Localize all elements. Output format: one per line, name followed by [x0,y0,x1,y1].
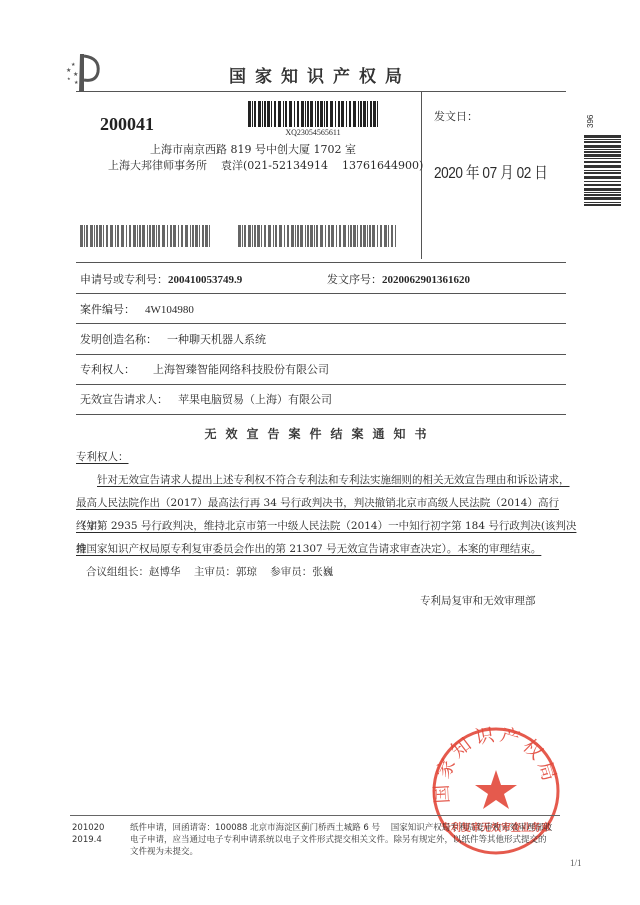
invention-name: 一种聊天机器人系统 [167,333,266,346]
header-divider [76,91,566,92]
patentee-row: 专利权人：上海智臻智能网络科技股份有限公司 [80,361,329,377]
mailing-address: 上海市南京西路 819 号中创大厦 1702 室 [150,141,356,157]
serial-number-row: 发文序号：2020062901361620 [327,271,470,287]
application-number-row: 申请号或专利号：200410053749.9 [80,271,242,287]
row-divider [76,414,566,415]
panel-members: 合议组组长：赵博华 主审员：郭琼 参审员：张巍 [86,561,592,584]
row-divider [76,293,566,294]
side-barcode [584,135,621,207]
row-divider [76,354,566,355]
dispatch-date-label: 发文日： [434,108,478,124]
agency-name: 国家知识产权局 [0,62,640,87]
tracking-barcode-right [238,225,396,247]
case-number-row: 案件编号：4W104980 [80,301,194,317]
form-version: 2019.4 [72,834,102,846]
requester: 苹果电脑贸易（上海）有限公司 [178,393,332,406]
footer-divider [70,815,560,816]
footer-note-line3: 文件视为未提交。 [130,846,198,858]
footer-note-line1: 纸件申请，回函请寄：100088 北京市海淀区蓟门桥西土城路 6 号 国家知识产… [130,822,580,834]
patentee-label: 专利权人： [80,363,135,376]
serial-number-label: 发文序号： [327,273,382,286]
salutation: 专利权人： [76,446,582,469]
form-code: 201020 [72,822,104,834]
body-line: 持国家知识产权局原专利复审委员会作出的第 21307 号无效宣告请求审查决定）。… [76,538,582,561]
invention-name-label: 发明创造名称： [80,333,157,346]
notice-title: 无效宣告案件结案通知书 [0,425,640,442]
patentee: 上海智臻智能网络科技股份有限公司 [153,363,329,376]
dispatch-date: 2020 年 07 月 02 日 [434,160,547,183]
case-number: 4W104980 [145,304,194,316]
application-number: 200410053749.9 [168,274,242,286]
body-line: 针对无效宣告请求人提出上述专利权不符合专利法和专利法实施细则的相关无效宣告理由和… [97,474,570,486]
tracking-barcode-left [80,225,210,247]
notice-body: 针对无效宣告请求人提出上述专利权不符合专利法和专利法实施细则的相关无效宣告理由和… [76,469,582,492]
postcode: 200041 [100,114,154,135]
row-divider [76,262,566,263]
row-divider [76,323,566,324]
application-number-label: 申请号或专利号： [80,273,168,286]
side-number: 396 [586,115,595,128]
address-barcode [248,101,378,127]
footer-note-line2: 电子申请，应当通过电子专利申请系统以电子文件形式提交相关文件。除另有规定外，以纸… [130,834,580,846]
issuing-department: 专利局复审和无效审理部 [420,590,580,613]
barcode-number: XQ23054565611 [248,128,378,137]
invention-name-row: 发明创造名称：一种聊天机器人系统 [80,331,266,347]
requester-label: 无效宣告请求人： [80,393,168,406]
row-divider [76,384,566,385]
serial-number: 2020062901361620 [382,274,470,286]
page-number: 1/1 [570,858,582,868]
case-number-label: 案件编号： [80,303,135,316]
requester-row: 无效宣告请求人：苹果电脑贸易（上海）有限公司 [80,391,332,407]
date-column-divider [421,91,422,259]
recipient-line: 上海大邦律师事务所 袁洋(021-52134914 13761644900) [108,157,423,173]
